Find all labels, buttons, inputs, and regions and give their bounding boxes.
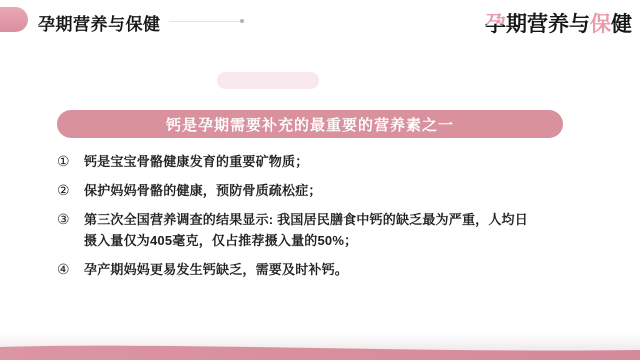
logo-char-end: 健 xyxy=(611,13,632,36)
logo-chars-mid: 期营养与 xyxy=(506,13,590,36)
header-divider-dot xyxy=(240,19,244,23)
header-accent-tab xyxy=(0,7,28,32)
list-item-text: 保护妈妈骨骼的健康，预防骨质疏松症； xyxy=(84,180,541,201)
list-item-text: 孕产期妈妈更易发生钙缺乏，需要及时补钙。 xyxy=(84,259,541,280)
brand-logo: 孕期营养与保健 xyxy=(485,8,632,38)
list-item: ② 保护妈妈骨骼的健康，预防骨质疏松症； xyxy=(57,180,541,201)
list-item-text: 第三次全国营养调查的结果显示: 我国居民膳食中钙的缺乏最为严重，人均日摄入量仅为… xyxy=(84,209,541,251)
list-item-text: 钙是宝宝骨骼健康发育的重要矿物质； xyxy=(84,151,541,172)
decorative-pill xyxy=(217,72,319,89)
slide-heading: 钙是孕期需要补充的最重要的营养素之一 xyxy=(57,110,563,138)
list-item: ④ 孕产期妈妈更易发生钙缺乏，需要及时补钙。 xyxy=(57,259,541,280)
header-divider-line xyxy=(169,21,241,22)
bullet-list: ① 钙是宝宝骨骼健康发育的重要矿物质； ② 保护妈妈骨骼的健康，预防骨质疏松症；… xyxy=(57,151,541,288)
logo-char-accented-2: 保 xyxy=(590,13,611,36)
logo-char-accented: 孕 xyxy=(485,13,506,36)
list-item-number: ③ xyxy=(57,209,84,251)
list-item: ③ 第三次全国营养调查的结果显示: 我国居民膳食中钙的缺乏最为严重，人均日摄入量… xyxy=(57,209,541,251)
page-title: 孕期营养与保健 xyxy=(38,10,161,35)
list-item-number: ② xyxy=(57,180,84,201)
bottom-wave-band xyxy=(0,344,640,360)
list-item: ① 钙是宝宝骨骼健康发育的重要矿物质； xyxy=(57,151,541,172)
list-item-number: ④ xyxy=(57,259,84,280)
presentation-slide: 孕期营养与保健 孕期营养与保健 钙是孕期需要补充的最重要的营养素之一 ① 钙是宝… xyxy=(0,0,640,360)
list-item-number: ① xyxy=(57,151,84,172)
